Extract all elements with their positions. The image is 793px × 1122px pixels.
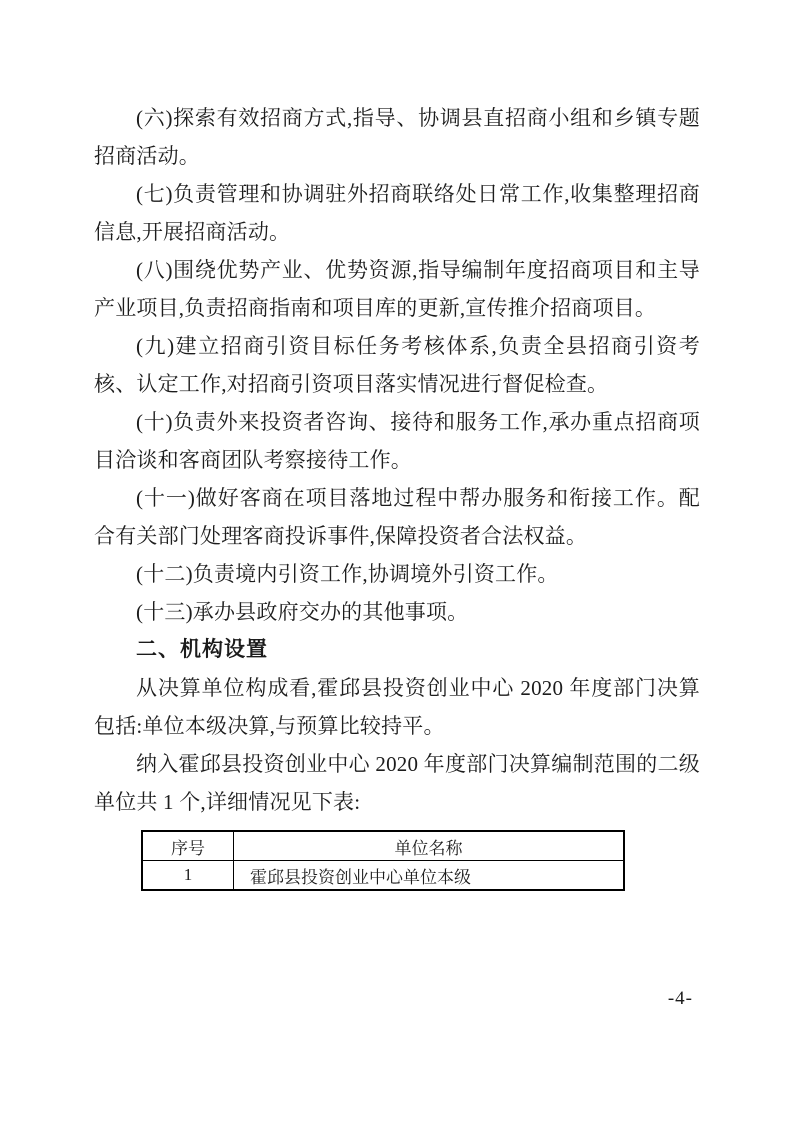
page-number: -4-: [668, 988, 693, 1010]
duty-paragraph-6: (六)探索有效招商方式,指导、协调县直招商小组和乡镇专题招商活动。: [94, 99, 700, 175]
section-heading-organization: 二、机构设置: [94, 631, 700, 669]
table-header-row: 序号 单位名称: [142, 831, 624, 861]
duty-paragraph-13: (十三)承办县政府交办的其他事项。: [94, 593, 700, 631]
budget-composition-paragraph: 从决算单位构成看,霍邱县投资创业中心 2020 年度部门决算包括:单位本级决算,…: [94, 669, 700, 745]
document-page: (六)探索有效招商方式,指导、协调县直招商小组和乡镇专题招商活动。 (七)负责管…: [0, 0, 793, 1122]
table-header-serial-number: 序号: [142, 831, 234, 861]
duty-paragraph-9: (九)建立招商引资目标任务考核体系,负责全县招商引资考核、认定工作,对招商引资项…: [94, 327, 700, 403]
document-body: (六)探索有效招商方式,指导、协调县直招商小组和乡镇专题招商活动。 (七)负责管…: [94, 99, 700, 891]
table-cell-serial-number: 1: [142, 861, 234, 891]
duty-paragraph-10: (十)负责外来投资者咨询、接待和服务工作,承办重点招商项目洽谈和客商团队考察接待…: [94, 403, 700, 479]
duty-paragraph-12: (十二)负责境内引资工作,协调境外引资工作。: [94, 555, 700, 593]
table-cell-unit-name: 霍邱县投资创业中心单位本级: [234, 861, 625, 891]
table-row: 1 霍邱县投资创业中心单位本级: [142, 861, 624, 891]
unit-list-table: 序号 单位名称 1 霍邱县投资创业中心单位本级: [141, 830, 625, 891]
duty-paragraph-8: (八)围绕优势产业、优势资源,指导编制年度招商项目和主导产业项目,负责招商指南和…: [94, 251, 700, 327]
table-header-unit-name: 单位名称: [234, 831, 625, 861]
duty-paragraph-7: (七)负责管理和协调驻外招商联络处日常工作,收集整理招商信息,开展招商活动。: [94, 175, 700, 251]
budget-scope-paragraph: 纳入霍邱县投资创业中心 2020 年度部门决算编制范围的二级单位共 1 个,详细…: [94, 745, 700, 821]
duty-paragraph-11: (十一)做好客商在项目落地过程中帮办服务和衔接工作。配合有关部门处理客商投诉事件…: [94, 479, 700, 555]
